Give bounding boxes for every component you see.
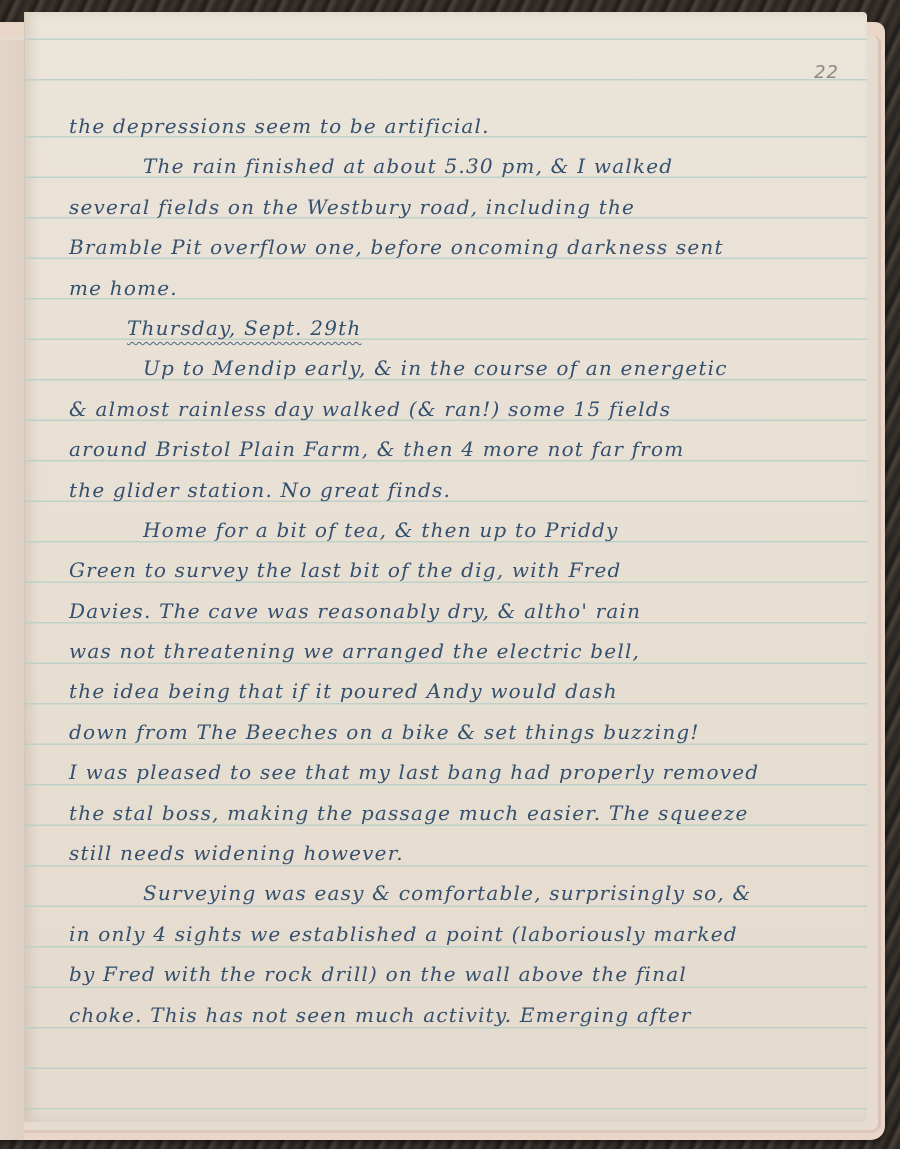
text-line: Green to survey the last bit of the dig,… xyxy=(69,550,859,590)
notebook-page: 22 the depressions seem to be artificial… xyxy=(24,12,867,1122)
text-line: the stal boss, making the passage much e… xyxy=(69,793,859,833)
text-line: I was pleased to see that my last bang h… xyxy=(69,752,859,792)
text-line: Bramble Pit overflow one, before oncomin… xyxy=(69,227,859,267)
text-line: the glider station. No great finds. xyxy=(69,470,859,510)
text-line: down from The Beeches on a bike & set th… xyxy=(69,712,859,752)
text-line: in only 4 sights we established a point … xyxy=(69,914,859,954)
text-line: the idea being that if it poured Andy wo… xyxy=(69,671,859,711)
text-line: the depressions seem to be artificial. xyxy=(69,106,859,146)
text-line: me home. xyxy=(69,268,859,308)
text-line: choke. This has not seen much activity. … xyxy=(69,995,859,1035)
facing-page-edge xyxy=(0,40,24,1140)
date-heading-text: Thursday, Sept. 29th xyxy=(127,316,361,340)
text-line: several fields on the Westbury road, inc… xyxy=(69,187,859,227)
text-line: still needs widening however. xyxy=(69,833,859,873)
handwritten-text: the depressions seem to be artificial. T… xyxy=(69,106,859,1035)
text-line: Home for a bit of tea, & then up to Prid… xyxy=(69,510,859,550)
text-line: Davies. The cave was reasonably dry, & a… xyxy=(69,591,859,631)
text-line: was not threatening we arranged the elec… xyxy=(69,631,859,671)
text-line: The rain finished at about 5.30 pm, & I … xyxy=(69,146,859,186)
text-line: Surveying was easy & comfortable, surpri… xyxy=(69,873,859,913)
text-line: Up to Mendip early, & in the course of a… xyxy=(69,348,859,388)
text-line: & almost rainless day walked (& ran!) so… xyxy=(69,389,859,429)
text-line: by Fred with the rock drill) on the wall… xyxy=(69,954,859,994)
page-number: 22 xyxy=(814,62,839,83)
date-heading: Thursday, Sept. 29th xyxy=(69,308,859,348)
photo-scene: 22 the depressions seem to be artificial… xyxy=(0,0,900,1149)
text-line: around Bristol Plain Farm, & then 4 more… xyxy=(69,429,859,469)
